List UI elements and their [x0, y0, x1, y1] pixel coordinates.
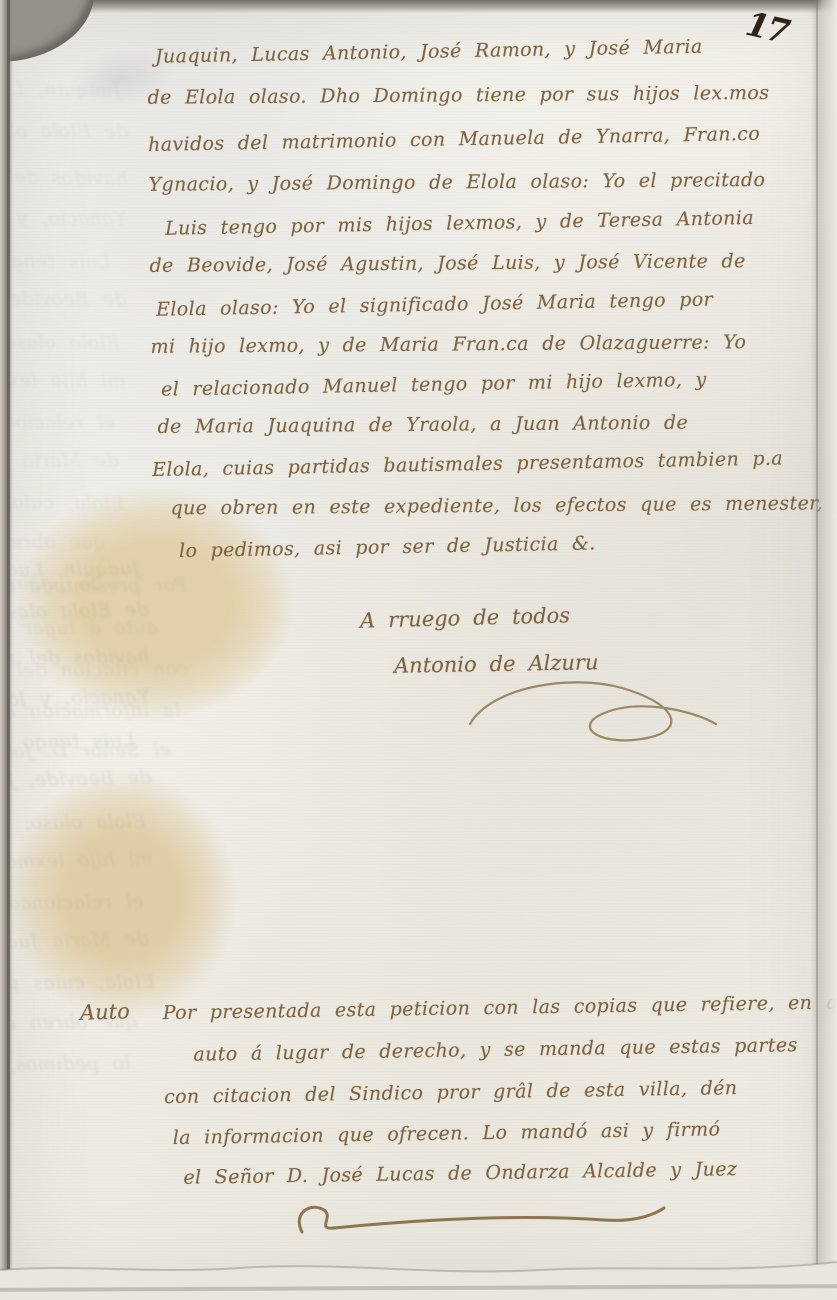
scan-top-edge: [0, 0, 837, 13]
auto-margin-label: Auto: [80, 999, 131, 1025]
decree-rubric-flourish: [272, 1190, 677, 1245]
page-right-seam: [816, 0, 818, 1300]
signature-rubric-flourish: [452, 666, 737, 758]
page-right-edge: [811, 0, 837, 1300]
binding-seam: [7, 0, 10, 1300]
paper-stain-lower: [8, 772, 236, 1020]
manuscript-scan: Juaquin, Lucas Antonio, José Ramon, y Jo…: [0, 0, 837, 1300]
